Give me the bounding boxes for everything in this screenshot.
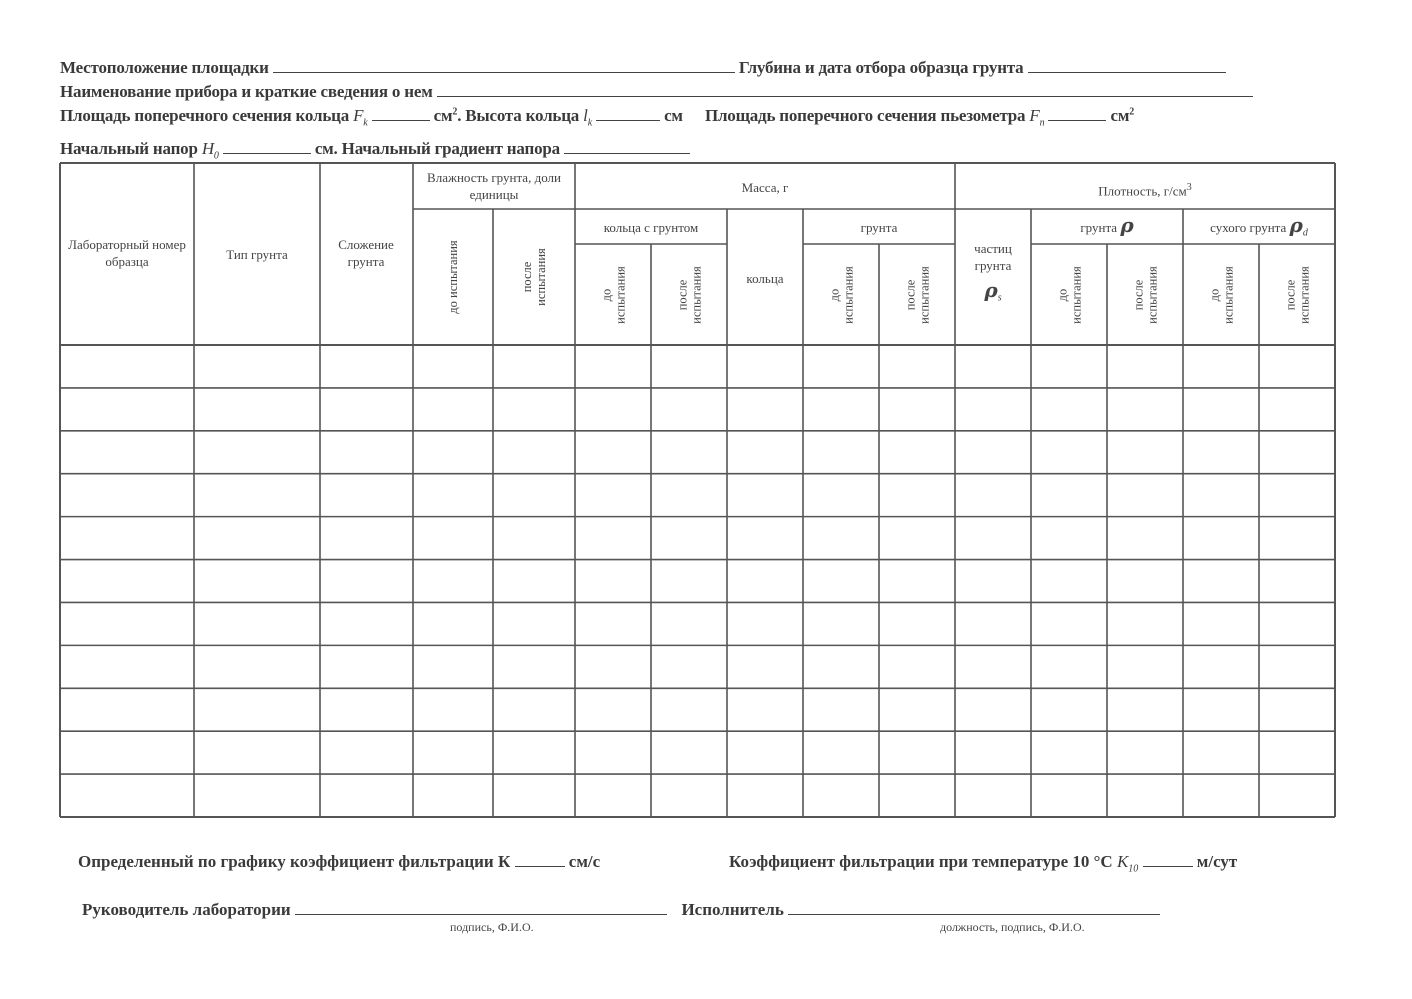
filtration-coef-field[interactable] bbox=[515, 852, 565, 867]
filtration-temp-line: Коэффициент фильтрации при температуре 1… bbox=[729, 852, 1237, 874]
col-soil-type: Тип грунта bbox=[194, 246, 320, 263]
sub-ring: кольца bbox=[727, 270, 803, 287]
filtration-coef-unit: см/с bbox=[569, 852, 600, 871]
group-density: Плотность, г/см3 bbox=[955, 179, 1335, 199]
filtration-temp-label: Коэффициент фильтрации при температуре 1… bbox=[729, 852, 1113, 871]
group-moisture: Влажность грунта, доли единицы bbox=[413, 169, 575, 203]
filtration-temp-unit: м/сут bbox=[1197, 852, 1237, 871]
sub-soil-density: грунта ρ bbox=[1031, 217, 1183, 236]
filtration-coef-label: Определенный по графику коэффициент филь… bbox=[78, 852, 510, 871]
sub-ring-with-soil: кольца с грунтом bbox=[575, 219, 727, 236]
lab-head-label: Руководитель лаборатории bbox=[82, 900, 291, 919]
header-soil-mass-before: доиспытания bbox=[827, 249, 855, 340]
filtration-temp-field[interactable] bbox=[1143, 852, 1193, 867]
group-mass: Масса, г bbox=[575, 179, 955, 196]
filtration-coef-line: Определенный по графику коэффициент филь… bbox=[78, 852, 600, 872]
lab-head-line: Руководитель лаборатории Исполнитель bbox=[82, 900, 1160, 920]
executor-label: Исполнитель bbox=[681, 900, 783, 919]
header-moisture-before: до испытания bbox=[446, 214, 460, 340]
sub-particles: частиц грунта ρs bbox=[960, 240, 1026, 307]
sub-soil-mass: грунта bbox=[803, 219, 955, 236]
header-soil-mass-after: послеиспытания bbox=[903, 249, 931, 340]
header-dry-density-after: послеиспытания bbox=[1283, 249, 1311, 340]
filtration-temp-var: K10 bbox=[1117, 852, 1138, 871]
header-density-after: послеиспытания bbox=[1131, 249, 1159, 340]
executor-caption: должность, подпись, Ф.И.О. bbox=[940, 920, 1085, 935]
sub-dry-soil-density: сухого грунта ρd bbox=[1183, 217, 1335, 242]
lab-head-caption: подпись, Ф.И.О. bbox=[450, 920, 534, 935]
col-lab-number: Лабораторный номер образца bbox=[60, 236, 194, 270]
lab-head-field[interactable] bbox=[295, 900, 667, 915]
header-density-before: доиспытания bbox=[1055, 249, 1083, 340]
col-soil-composition: Сложение грунта bbox=[325, 236, 407, 270]
executor-field[interactable] bbox=[788, 900, 1160, 915]
header-ring-soil-after: послеиспытания bbox=[675, 249, 703, 340]
header-moisture-after: послеиспытания bbox=[520, 214, 548, 340]
table-grid bbox=[0, 0, 1412, 999]
header-ring-soil-before: доиспытания bbox=[599, 249, 627, 340]
header-dry-density-before: доиспытания bbox=[1207, 249, 1235, 340]
